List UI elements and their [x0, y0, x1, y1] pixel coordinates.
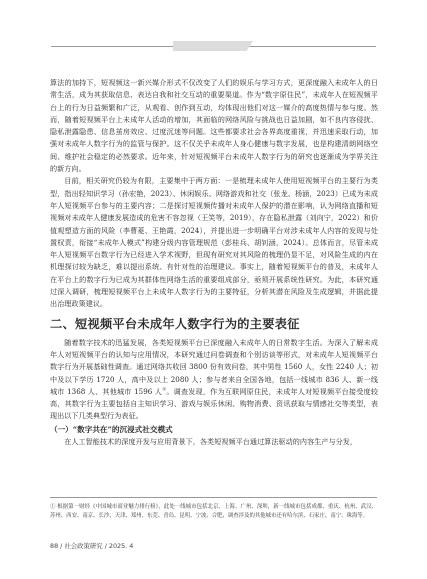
header-tab-decoration — [173, 41, 253, 51]
page-folio: 88 / 社会政策研究 / 2025. 4 — [50, 541, 133, 550]
footnote: ① 根据第一财经《中国城市商业魅力排行榜》，此处一线城市包括北京、上海、广州、深… — [50, 503, 377, 521]
footnote-rule — [50, 497, 377, 498]
paragraph-4: 在人工智能技术的深度开发与应用背景下，各类短视频平台通过算法驱动的内容生产与分发… — [50, 436, 378, 448]
subsection-title: （一）“数字共在”的沉浸式社交模式 — [50, 424, 378, 436]
paragraph-2: 目前，相关研究仍较为有限，主要集中于两方面：一是梳理未成年人使用短视频平台的主要… — [50, 175, 378, 310]
paragraph-1: 算法的加持下，短视频这一新兴媒介形式不仅改变了人们的娱乐与学习方式，更深度融入未… — [50, 77, 378, 175]
paragraph-3: 随着数字技术的迅猛发展，各类短视频平台已深度融入未成年人的日常数字生活。为深入了… — [50, 337, 378, 423]
section-title: 二、短视频平台未成年人数字行为的主要表征 — [50, 315, 378, 333]
article-body: 算法的加持下，短视频这一新兴媒介形式不仅改变了人们的娱乐与学习方式，更深度融入未… — [50, 77, 378, 448]
